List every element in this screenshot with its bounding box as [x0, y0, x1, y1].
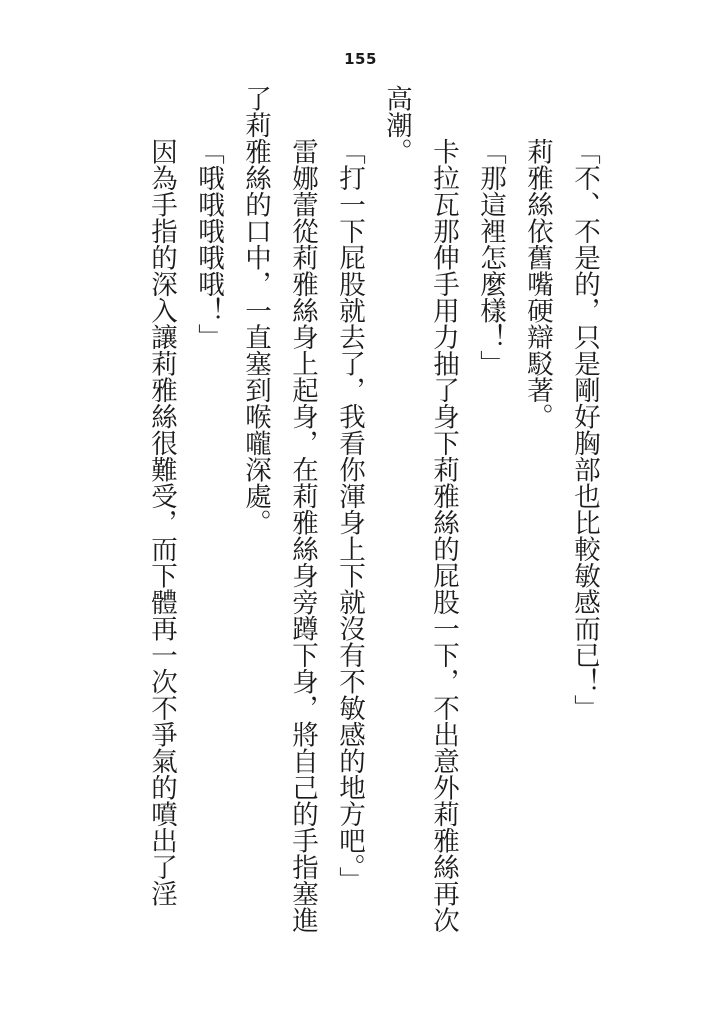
paragraph: 「打一下屁股就去了，我看你渾身上下就沒有不敏感的地方吧。」: [326, 85, 373, 937]
paragraph: 莉雅絲依舊嘴硬辯駁著。: [514, 85, 561, 937]
text-block: 「不、不是的，只是剛好胸部也比較敏感而已！」莉雅絲依舊嘴硬辯駁著。「那這裡怎麼樣…: [138, 85, 608, 937]
paragraph: 因為手指的深入讓莉雅絲很難受，而下體再一次不爭氣的噴出了淫: [138, 85, 185, 937]
page-number: 155: [0, 50, 721, 68]
paragraph: 「不、不是的，只是剛好胸部也比較敏感而已！」: [561, 85, 608, 937]
paragraph: 卡拉瓦那伸手用力抽了身下莉雅絲的屁股一下，不出意外莉雅絲再次高潮。: [373, 85, 467, 937]
paragraph: 雷娜蕾從莉雅絲身上起身，在莉雅絲身旁蹲下身，將自己的手指塞進了莉雅絲的口中，一直…: [232, 85, 326, 937]
book-page: 155 「不、不是的，只是剛好胸部也比較敏感而已！」莉雅絲依舊嘴硬辯駁著。「那這…: [0, 0, 721, 1020]
paragraph: 「哦哦哦哦哦！」: [185, 85, 232, 937]
paragraph: 「那這裡怎麼樣！」: [467, 85, 514, 937]
